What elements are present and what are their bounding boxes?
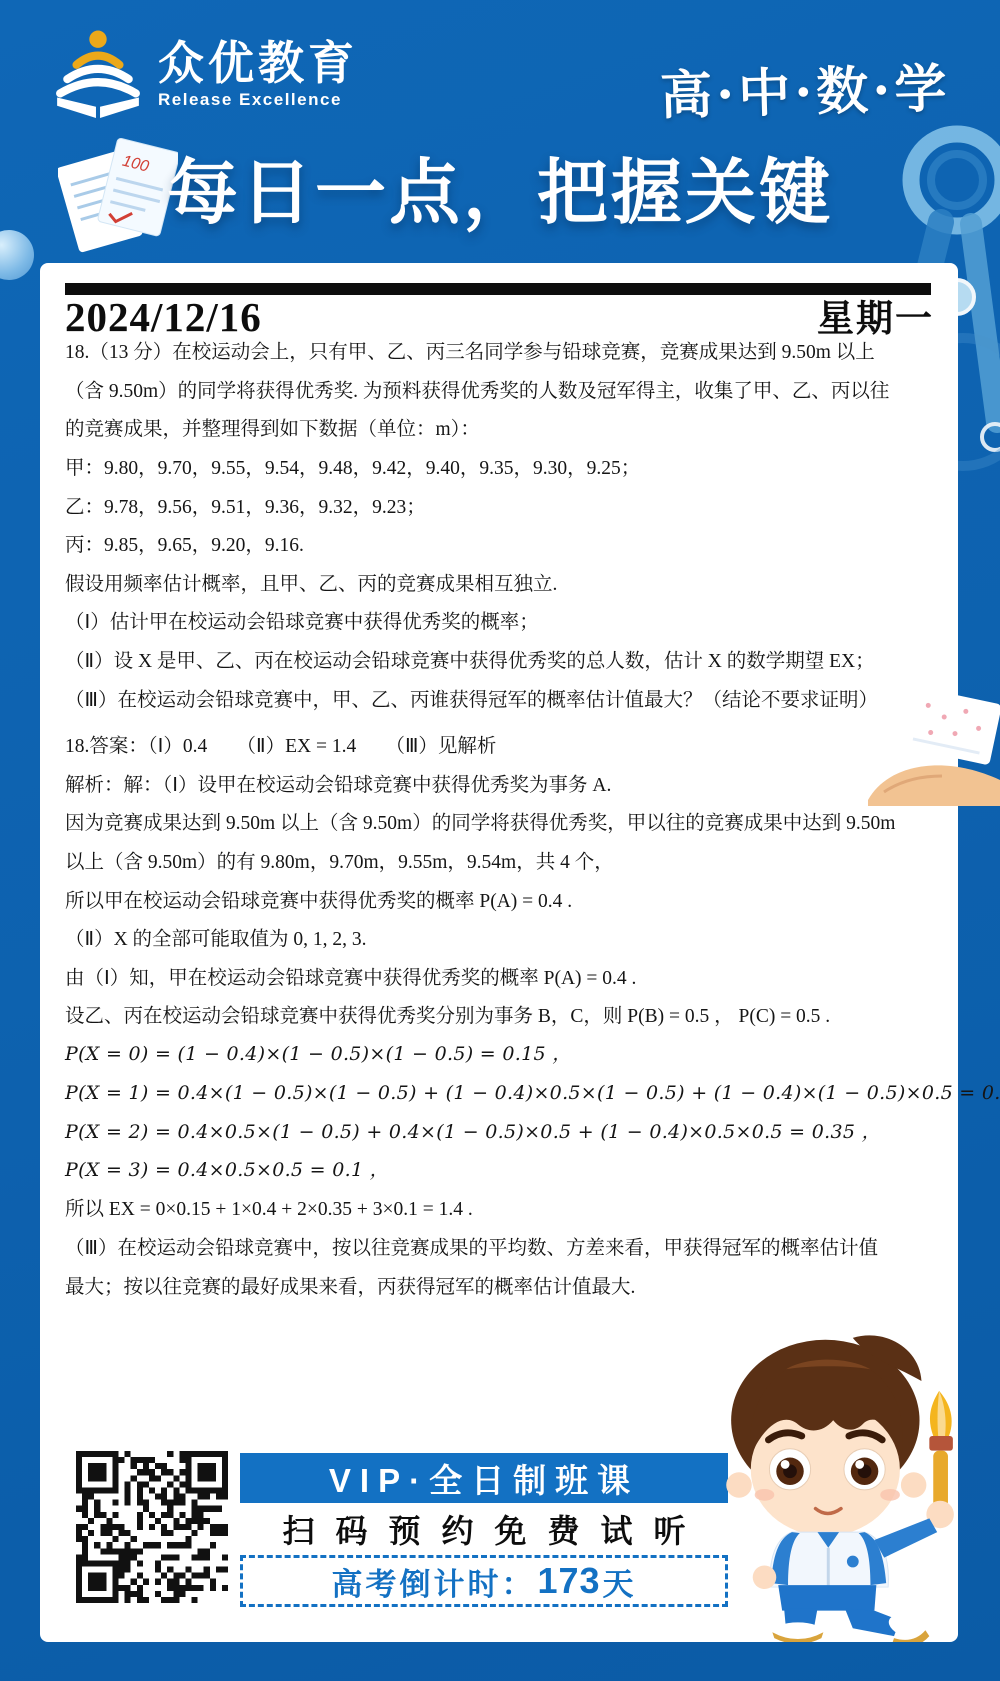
countdown-days: 173: [535, 1560, 602, 1602]
text-line: 乙：9.78，9.56，9.51，9.36，9.32，9.23；: [65, 485, 933, 524]
countdown-box: 高考倒计时：173天: [240, 1555, 728, 1607]
brand-tagline: Release Excellence: [158, 90, 358, 110]
text-line: （Ⅲ）在校运动会铅球竞赛中，甲、乙、丙谁获得冠军的概率估计值最大？（结论不要求证…: [65, 678, 933, 717]
text-line: P(X = 1) = 0.4×(1 − 0.5)×(1 − 0.5) + (1 …: [65, 1072, 933, 1111]
scan-cta-label: 扫码预约免费试听: [282, 1506, 706, 1552]
text-line: （Ⅱ）设 X 是甲、乙、丙在校运动会铅球竞赛中获得优秀奖的总人数，估计 X 的数…: [65, 640, 933, 679]
poster-page: 100 众优教育 Release Excellence 高·中·数·学: [0, 0, 1000, 1681]
header-logo: 众优教育 Release Excellence: [52, 28, 358, 120]
scan-cta: 扫码预约免费试听: [240, 1506, 728, 1552]
slogan-title: 每日一点，把握关键: [0, 136, 1000, 238]
qr-code: [76, 1451, 228, 1603]
text-line: 解析：解：（Ⅰ）设甲在校运动会铅球竞赛中获得优秀奖为事务 A.: [65, 764, 933, 803]
text-line: 所以 EX = 0×0.15 + 1×0.4 + 2×0.35 + 3×0.1 …: [65, 1188, 933, 1227]
text-line: 18.（13 分）在校运动会上，只有甲、乙、丙三名同学参与铅球竞赛，竞赛成果达到…: [65, 331, 933, 370]
countdown-label: 高考倒计时：: [331, 1559, 535, 1604]
countdown-unit: 天: [603, 1559, 637, 1604]
text-line: P(X = 2) = 0.4×0.5×(1 − 0.5) + 0.4×(1 − …: [65, 1111, 933, 1150]
text-line: （Ⅱ）X 的全部可能取值为 0, 1, 2, 3.: [65, 918, 933, 957]
open-book-reader-logo-icon: [52, 28, 144, 120]
text-line: P(X = 0) = (1 − 0.4)×(1 − 0.5)×(1 − 0.5)…: [65, 1034, 933, 1073]
brand-name: 众优教育: [158, 38, 358, 89]
text-line: 丙：9.85，9.65，9.20，9.16.: [65, 524, 933, 563]
text-line: 因为竞赛成果达到 9.50m 以上（含 9.50m）的同学将获得优秀奖，甲以往的…: [65, 802, 933, 841]
text-line: 18.答案：（Ⅰ）0.4 （Ⅱ）EX = 1.4 （Ⅲ）见解析: [65, 725, 933, 764]
text-line: 设乙、丙在校运动会铅球竞赛中获得优秀奖分别为事务 B，C，则 P(B) = 0.…: [65, 995, 933, 1034]
text-line: 由（Ⅰ）知，甲在校运动会铅球竞赛中获得优秀奖的概率 P(A) = 0.4 .: [65, 957, 933, 996]
text-line: （Ⅰ）估计甲在校运动会铅球竞赛中获得优秀奖的概率；: [65, 601, 933, 640]
text-line: 以上（含 9.50m）的有 9.80m，9.70m，9.55m，9.54m，共 …: [65, 841, 933, 880]
text-line: 的竞赛成果，并整理得到如下数据（单位：m）：: [65, 408, 933, 447]
hand-holding-papers-decoration: [858, 688, 1000, 806]
running-boy-mascot: [725, 1330, 960, 1642]
text-line: 所以甲在校运动会铅球竞赛中获得优秀奖的概率 P(A) = 0.4 .: [65, 879, 933, 918]
problem-and-solution-text: 18.（13 分）在校运动会上，只有甲、乙、丙三名同学参与铅球竞赛，竞赛成果达到…: [65, 331, 933, 1304]
vip-banner: VIP·全日制班课: [240, 1453, 728, 1503]
text-line: 甲：9.80，9.70，9.55，9.54，9.48，9.42，9.40，9.3…: [65, 447, 933, 486]
subject-title: 高·中·数·学: [659, 46, 951, 129]
vip-banner-label: VIP·全日制班课: [329, 1455, 639, 1502]
content-card: 2024/12/16 星期一 18.（13 分）在校运动会上，只有甲、乙、丙三名…: [40, 263, 958, 1642]
text-line: （Ⅲ）在校运动会铅球竞赛中，按以往竞赛成果的平均数、方差来看，甲获得冠军的概率估…: [65, 1227, 933, 1266]
text-line: 最大；按以往竞赛的最好成果来看，丙获得冠军的概率估计值最大.: [65, 1265, 933, 1304]
text-line: P(X = 3) = 0.4×0.5×0.5 = 0.1 ，: [65, 1149, 933, 1188]
text-line: （含 9.50m）的同学将获得优秀奖. 为预料获得优秀奖的人数及冠军得主，收集了…: [65, 370, 933, 409]
calligraphy-brush-icon: [929, 1391, 953, 1508]
text-line: 假设用频率估计概率，且甲、乙、丙的竞赛成果相互独立.: [65, 563, 933, 602]
